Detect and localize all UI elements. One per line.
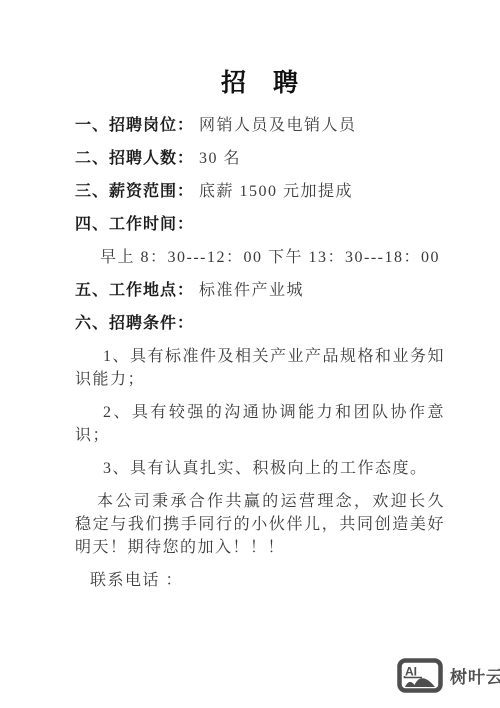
item-position: 一、招聘岗位：网销人员及电销人员 bbox=[75, 114, 445, 137]
condition-2: 2、具有较强的沟通协调能力和团队协作意识； bbox=[75, 401, 445, 447]
item-salary-value: 底薪 1500 元加提成 bbox=[199, 183, 353, 200]
item-headcount-label: 二、招聘人数： bbox=[75, 150, 194, 167]
item-conditions: 六、招聘条件： bbox=[75, 312, 445, 335]
item-salary-label: 三、薪资范围： bbox=[75, 183, 194, 200]
item-location-label: 五、工作地点： bbox=[75, 282, 194, 299]
document-title: 招 聘 bbox=[75, 66, 445, 100]
item-worktime-label: 四、工作时间： bbox=[75, 216, 194, 233]
document-page: 招 聘 一、招聘岗位：网销人员及电销人员 二、招聘人数：30 名 三、薪资范围：… bbox=[0, 0, 500, 592]
condition-3: 3、具有认真扎实、积极向上的工作态度。 bbox=[75, 457, 445, 480]
item-headcount: 二、招聘人数：30 名 bbox=[75, 147, 445, 170]
contact-phone-label: 联系电话 ： bbox=[75, 569, 445, 592]
watermark: AI 树叶云 bbox=[397, 658, 500, 693]
item-worktime: 四、工作时间： bbox=[75, 213, 445, 236]
item-conditions-label: 六、招聘条件： bbox=[75, 315, 194, 332]
watermark-image-icon: AI bbox=[397, 658, 443, 693]
worktime-detail: 早上 8：30---12：00 下午 13：30---18：00 bbox=[75, 246, 445, 269]
closing-paragraph: 本公司秉承合作共赢的运营理念，欢迎长久稳定与我们携手同行的小伙伴儿，共同创造美好… bbox=[75, 490, 445, 559]
item-position-value: 网销人员及电销人员 bbox=[199, 117, 357, 134]
condition-1: 1、具有标准件及相关产业产品规格和业务知识能力； bbox=[75, 345, 445, 391]
item-salary: 三、薪资范围：底薪 1500 元加提成 bbox=[75, 180, 445, 203]
item-position-label: 一、招聘岗位： bbox=[75, 117, 194, 134]
item-location-value: 标准件产业城 bbox=[199, 282, 304, 299]
item-headcount-value: 30 名 bbox=[199, 150, 241, 167]
watermark-brand: 树叶云 bbox=[450, 663, 500, 688]
watermark-ai-text: AI bbox=[405, 665, 417, 679]
item-location: 五、工作地点：标准件产业城 bbox=[75, 279, 445, 302]
